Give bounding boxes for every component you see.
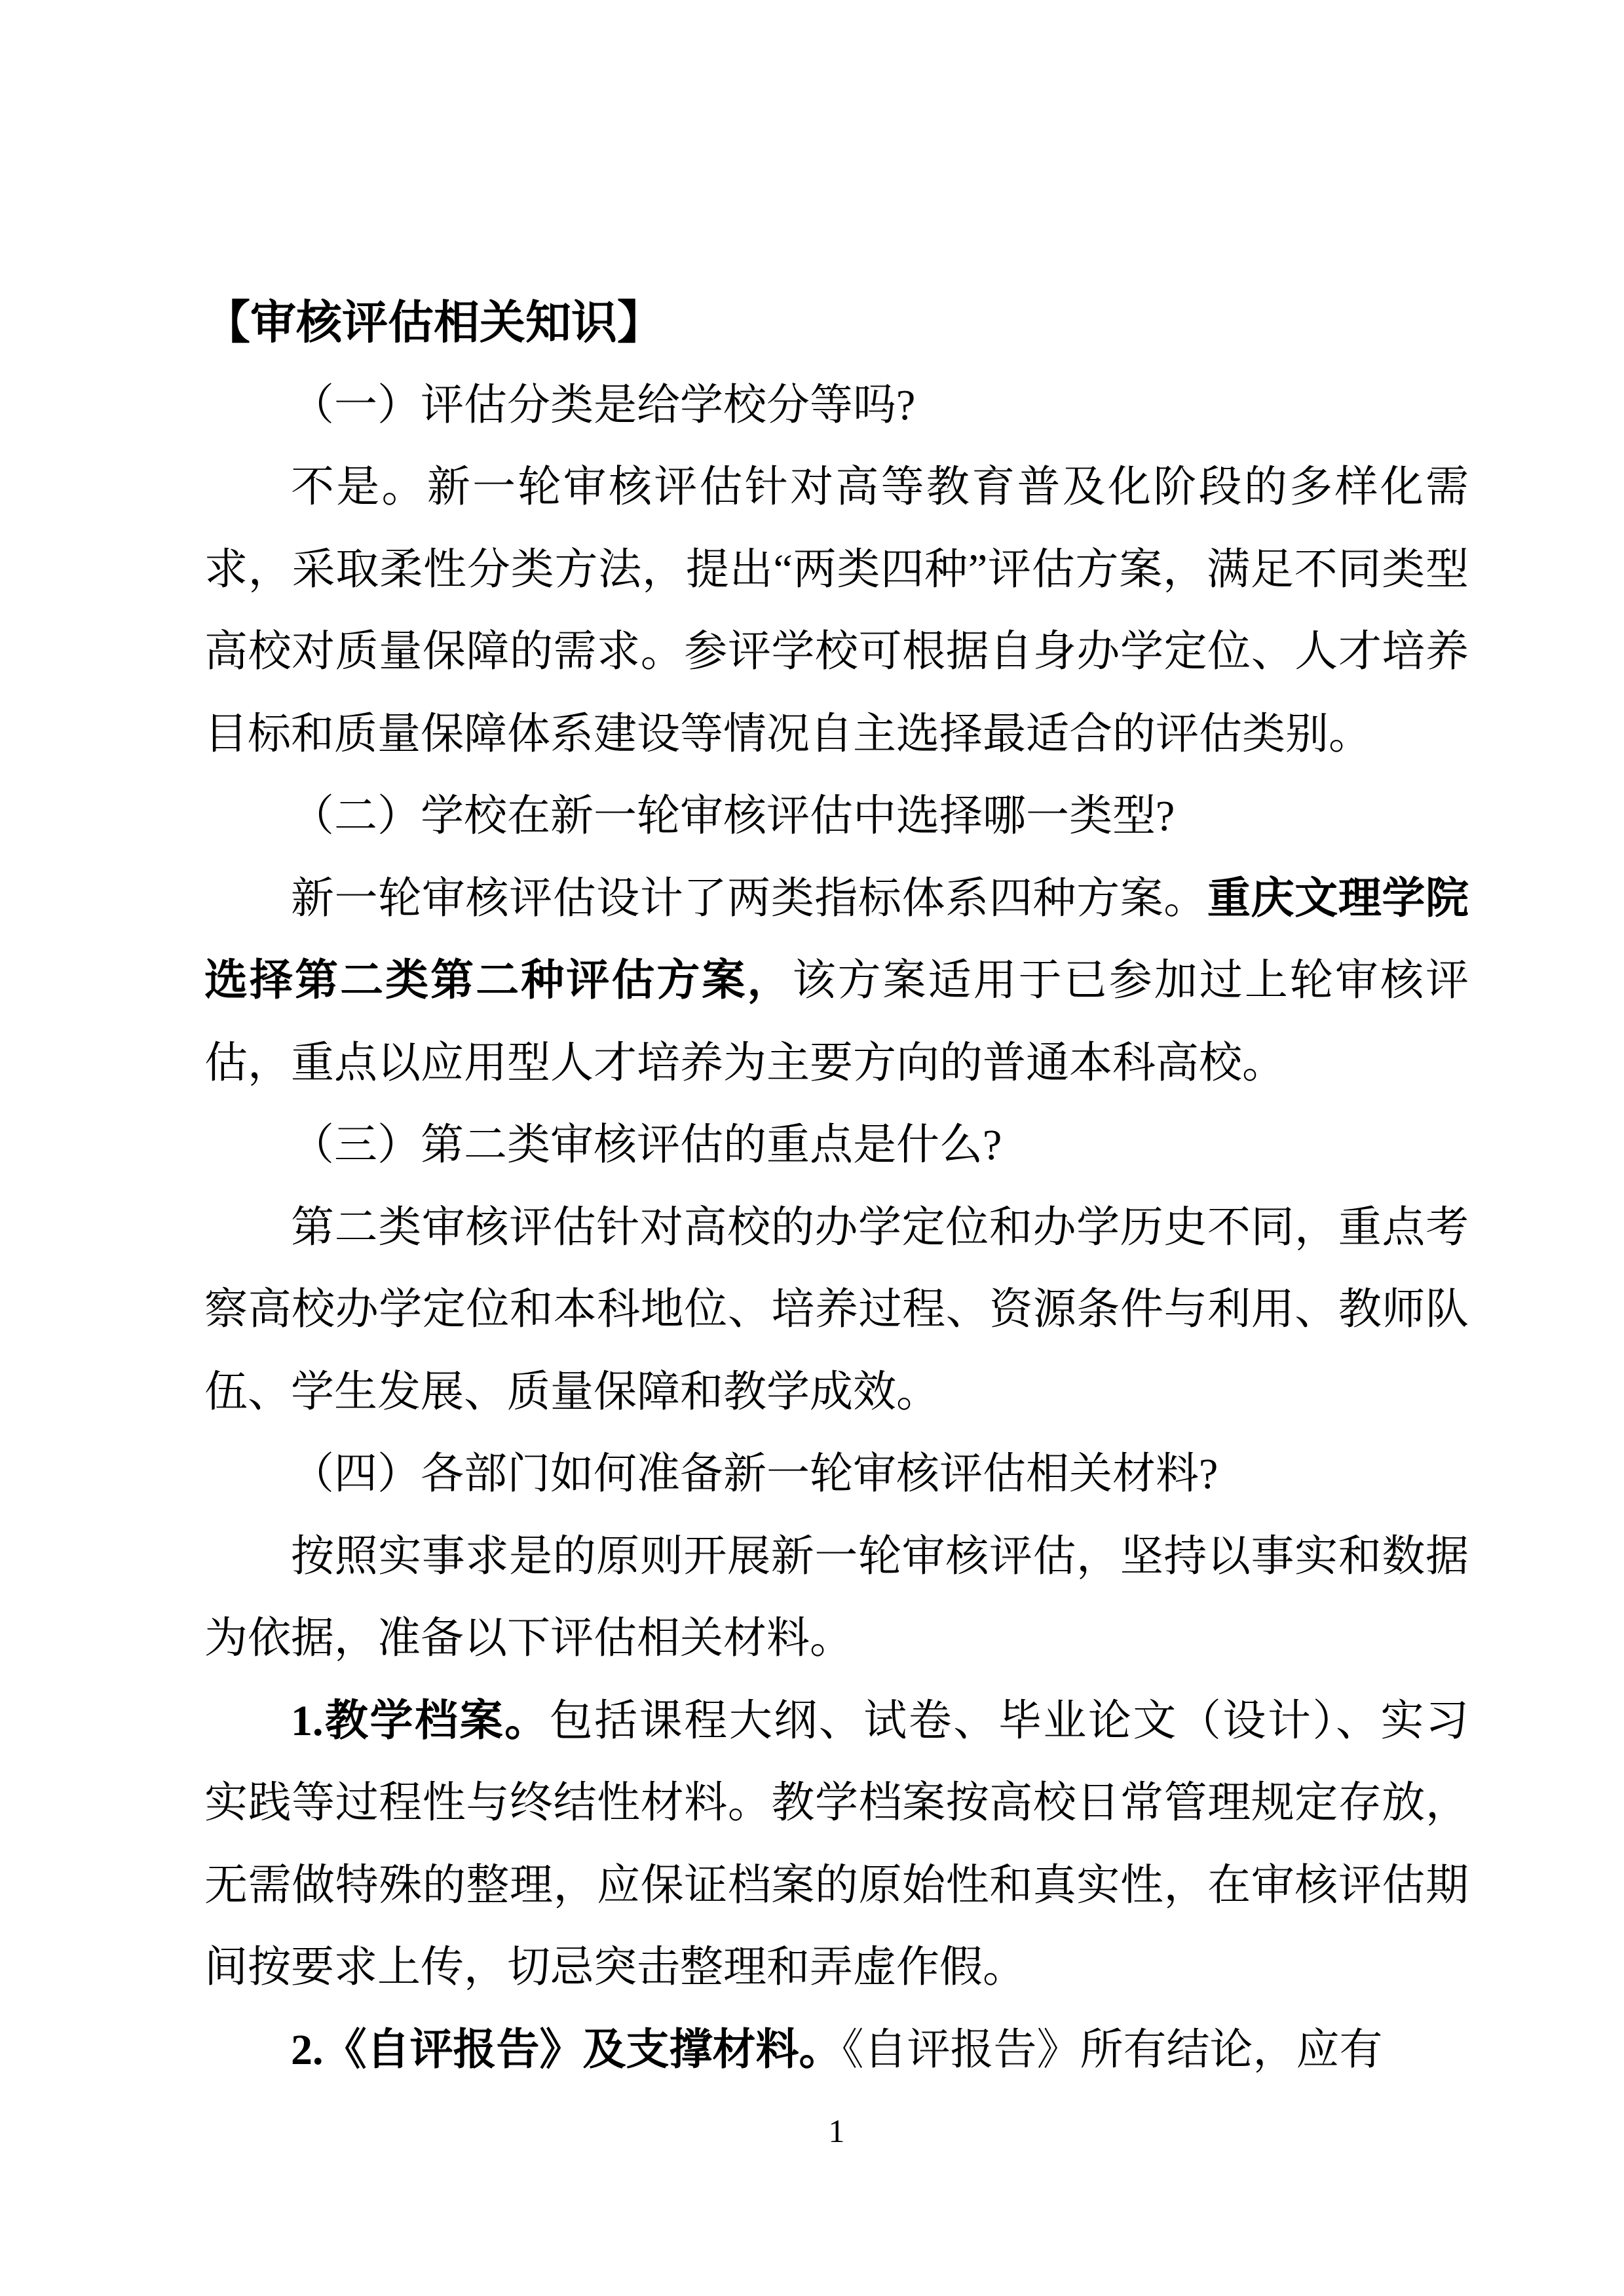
document-page: 【审核评估相关知识】 （一）评估分类是给学校分等吗?不是。新一轮审核评估针对高等… bbox=[0, 0, 1624, 2296]
paragraph-container: （一）评估分类是给学校分等吗?不是。新一轮审核评估针对高等教育普及化阶段的多样化… bbox=[204, 364, 1469, 2092]
text-run: （三）第二类审核评估的重点是什么? bbox=[291, 1121, 1002, 1169]
document-paragraph: 2.《自评报告》及支撑材料。《自评报告》所有结论，应有 bbox=[204, 2009, 1469, 2092]
bold-text-run: 1.教学档案。 bbox=[291, 1697, 550, 1745]
page-number: 1 bbox=[204, 2111, 1469, 2151]
document-paragraph: 第二类审核评估针对高校的办学定位和办学历史不同，重点考察高校办学定位和本科地位、… bbox=[204, 1187, 1469, 1434]
bold-text-run: 2.《自评报告》及支撑材料。 bbox=[291, 2026, 842, 2074]
document-content: 【审核评估相关知识】 （一）评估分类是给学校分等吗?不是。新一轮审核评估针对高等… bbox=[204, 282, 1469, 2091]
document-paragraph: 1.教学档案。包括课程大纲、试卷、毕业论文（设计）、实习实践等过程性与终结性材料… bbox=[204, 1680, 1469, 2009]
section-heading: （一）评估分类是给学校分等吗? bbox=[204, 364, 1469, 447]
text-run: （二）学校在新一轮审核评估中选择哪一类型? bbox=[291, 792, 1175, 840]
text-run: 不是。新一轮审核评估针对高等教育普及化阶段的多样化需求，采取柔性分类方法，提出“… bbox=[204, 463, 1469, 758]
document-paragraph: 不是。新一轮审核评估针对高等教育普及化阶段的多样化需求，采取柔性分类方法，提出“… bbox=[204, 446, 1469, 775]
text-run: 按照实事求是的原则开展新一轮审核评估，坚持以事实和数据为依据，准备以下评估相关材… bbox=[204, 1533, 1469, 1663]
text-run: （四）各部门如何准备新一轮审核评估相关材料? bbox=[291, 1450, 1218, 1498]
section-heading: （四）各部门如何准备新一轮审核评估相关材料? bbox=[204, 1433, 1469, 1516]
section-heading: （二）学校在新一轮审核评估中选择哪一类型? bbox=[204, 775, 1469, 858]
document-paragraph: 按照实事求是的原则开展新一轮审核评估，坚持以事实和数据为依据，准备以下评估相关材… bbox=[204, 1516, 1469, 1680]
text-run: （一）评估分类是给学校分等吗? bbox=[291, 381, 915, 429]
text-run: 新一轮审核评估设计了两类指标体系四种方案。 bbox=[291, 875, 1207, 923]
document-paragraph: 新一轮审核评估设计了两类指标体系四种方案。重庆文理学院选择第二类第二种评估方案，… bbox=[204, 858, 1469, 1105]
text-run: 第二类审核评估针对高校的办学定位和办学历史不同，重点考察高校办学定位和本科地位、… bbox=[204, 1204, 1469, 1416]
document-title: 【审核评估相关知识】 bbox=[204, 282, 1469, 364]
section-heading: （三）第二类审核评估的重点是什么? bbox=[204, 1104, 1469, 1187]
text-run: 《自评报告》所有结论，应有 bbox=[842, 2026, 1383, 2074]
